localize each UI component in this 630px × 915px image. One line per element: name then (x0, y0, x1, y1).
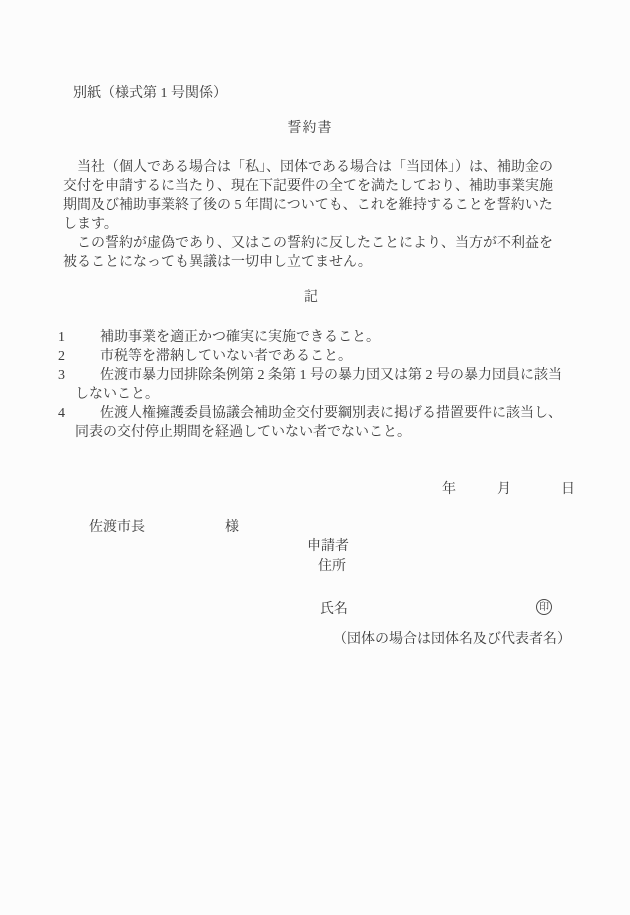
attachment-note: 別紙（様式第 1 号関係） (73, 84, 227, 103)
disclaimer-paragraph-line: この誓約が虚偽であり、又はこの誓約に反したことにより、当方が不利益を (63, 234, 583, 253)
month-label: 月 (497, 480, 511, 499)
condition-number: 2 (58, 347, 100, 366)
group-name-note: （団体の場合は団体名及び代表者名） (333, 630, 571, 649)
condition-text: 同表の交付停止期間を経過していない者でないこと。 (75, 423, 411, 442)
applicant-label: 申請者 (307, 537, 349, 556)
address-label: 住所 (318, 557, 346, 576)
condition-number: 3 (58, 366, 100, 385)
pledge-paragraph: 当社（個人である場合は「私」、団体である場合は「当団体」）は、補助金の 交付を申… (63, 158, 583, 234)
disclaimer-paragraph: この誓約が虚偽であり、又はこの誓約に反したことにより、当方が不利益を 被ることに… (63, 234, 583, 272)
addressee-honorific: 様 (225, 520, 239, 535)
year-label: 年 (442, 480, 456, 499)
condition-text: 市税等を滞納していない者であること。 (100, 347, 352, 366)
disclaimer-paragraph-line: 被ることになっても異議は一切申し立てません。 (63, 253, 583, 272)
condition-text: 佐渡人権擁護委員協議会補助金交付要綱別表に掲げる措置要件に該当し、 (100, 404, 562, 423)
condition-line-1: 1補助事業を適正かつ確実に実施できること。 (58, 328, 598, 347)
record-marker: 記 (0, 288, 622, 307)
condition-line-4: 4佐渡人権擁護委員協議会補助金交付要綱別表に掲げる措置要件に該当し、 (58, 404, 598, 423)
addressee-title: 佐渡市長 (89, 520, 145, 535)
condition-line-3: 3佐渡市暴力団排除条例第 2 条第 1 号の暴力団又は第 2 号の暴力団員に該当 (58, 366, 598, 385)
condition-line-3-continuation: しないこと。 (58, 385, 598, 404)
condition-line-2: 2市税等を滞納していない者であること。 (58, 347, 598, 366)
condition-text: 佐渡市暴力団排除条例第 2 条第 1 号の暴力団又は第 2 号の暴力団員に該当 (100, 366, 562, 385)
conditions-list: 1補助事業を適正かつ確実に実施できること。 2市税等を滞納していない者であること… (58, 328, 598, 442)
document-title: 誓約書 (0, 119, 620, 138)
pledge-paragraph-line: 当社（個人である場合は「私」、団体である場合は「当団体」）は、補助金の (63, 158, 583, 177)
name-label: 氏名 (320, 600, 348, 619)
day-label: 日 (561, 480, 575, 499)
pledge-paragraph-line: 期間及び補助事業終了後の 5 年間についても、これを維持することを誓約いた (63, 196, 583, 215)
condition-number: 4 (58, 404, 100, 423)
seal-mark: 印 (536, 599, 552, 615)
condition-number: 1 (58, 328, 100, 347)
pledge-paragraph-line: 交付を申請するに当たり、現在下記要件の全てを満たしており、補助事業実施 (63, 177, 583, 196)
condition-text: 補助事業を適正かつ確実に実施できること。 (100, 328, 380, 347)
condition-line-4-continuation: 同表の交付停止期間を経過していない者でないこと。 (58, 423, 598, 442)
condition-text: しないこと。 (75, 385, 159, 404)
pledge-document-page: 別紙（様式第 1 号関係） 誓約書 当社（個人である場合は「私」、団体である場合… (0, 0, 630, 915)
addressee-line: 佐渡市長様 (75, 499, 239, 556)
pledge-paragraph-line: します。 (63, 215, 583, 234)
date-line: 年月日 (428, 461, 575, 518)
